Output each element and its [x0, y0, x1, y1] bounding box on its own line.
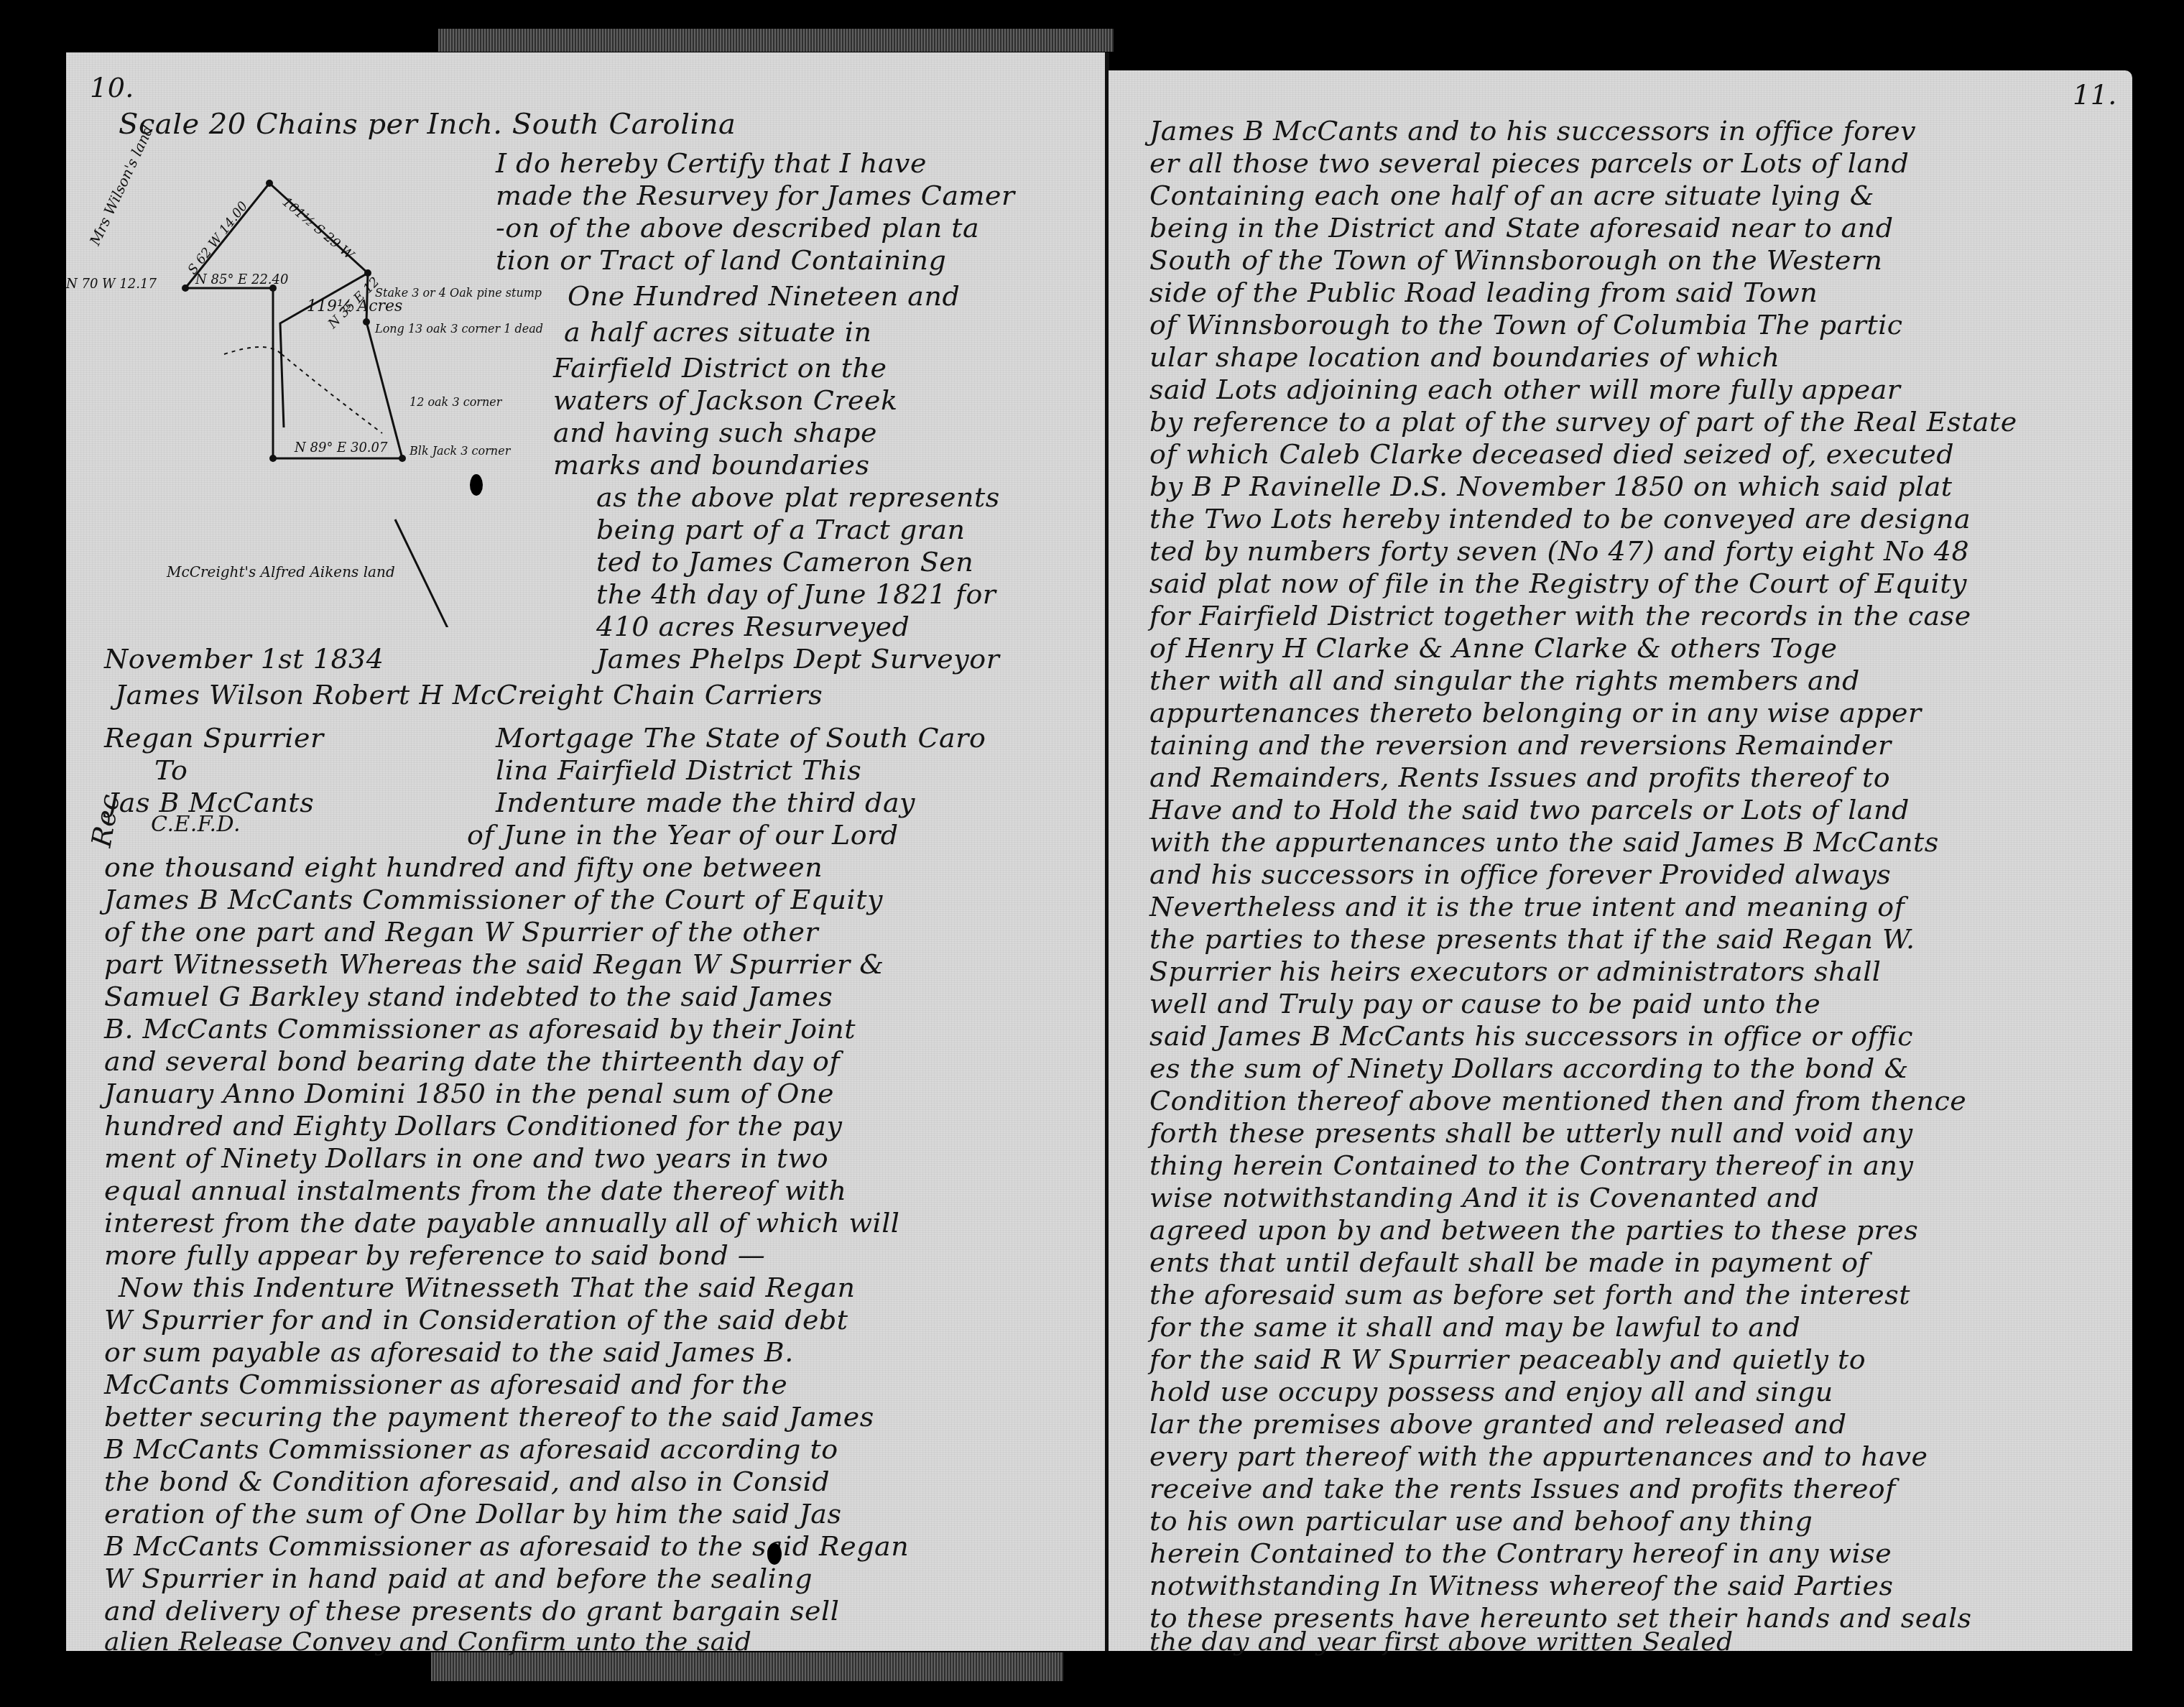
ink-blot — [767, 1543, 782, 1565]
mortgage-line: of the one part and Regan W Spurrier of … — [104, 916, 818, 948]
deed-line: of Winnsborough to the Town of Columbia … — [1149, 309, 1903, 341]
deed-line: agreed upon by and between the parties t… — [1149, 1214, 1918, 1246]
deed-line: Spurrier his heirs executors or administ… — [1149, 956, 1882, 987]
survey-date: November 1st 1834 — [104, 643, 384, 675]
deed-line: said Lots adjoining each other will more… — [1149, 374, 1901, 405]
mortgage-line: of June in the Year of our Lord — [467, 819, 899, 851]
deed-line: side of the Public Road leading from sai… — [1149, 277, 1818, 308]
mortgage-line: B McCants Commissioner as aforesaid acco… — [104, 1433, 838, 1465]
certificate-line: marks and boundaries — [553, 449, 869, 481]
mortgage-line: ment of Ninety Dollars in one and two ye… — [104, 1142, 828, 1174]
certificate-line: Fairfield District on the — [553, 352, 887, 384]
deed-line: appurtenances thereto belonging or in an… — [1149, 697, 1922, 728]
mortgage-line: alien Release Convey and Confirm unto th… — [104, 1627, 751, 1657]
mortgage-line: January Anno Domini 1850 in the penal su… — [104, 1078, 834, 1109]
deed-line: notwithstanding In Witness whereof the s… — [1149, 1570, 1894, 1601]
deed-line: lar the premises above granted and relea… — [1149, 1408, 1847, 1440]
deed-line: ents that until default shall be made in… — [1149, 1246, 1869, 1278]
mortgage-line: lina Fairfield District This — [496, 754, 861, 786]
certificate-line: 410 acres Resurveyed — [596, 611, 910, 642]
plat-corner-note-3: 12 oak 3 corner — [409, 395, 503, 409]
mortgage-line: or sum payable as aforesaid to the said … — [104, 1336, 794, 1368]
deed-line: and his successors in office forever Pro… — [1149, 859, 1891, 890]
certificate-line: One Hundred Nineteen and — [568, 280, 960, 312]
mortgage-line: W Spurrier in hand paid at and before th… — [104, 1563, 813, 1594]
chain-carriers: James Wilson Robert H McCreight Chain Ca… — [115, 679, 823, 711]
mortgage-to: To — [154, 754, 188, 786]
mortgage-line: Now this Indenture Witnesseth That the s… — [119, 1272, 855, 1303]
deed-line: the aforesaid sum as before set forth an… — [1149, 1279, 1910, 1310]
binding-edge-bottom — [431, 1652, 1063, 1681]
deed-line: for Fairfield District together with the… — [1149, 600, 1971, 632]
deed-line: by B P Ravinelle D.S. November 1850 on w… — [1149, 471, 1953, 502]
mortgage-line: one thousand eight hundred and fifty one… — [104, 851, 823, 883]
deed-line: with the appurtenances unto the said Jam… — [1149, 826, 1939, 858]
mortgagee-title: C.E.F.D. — [151, 812, 241, 837]
mortgage-line: and delivery of these presents do grant … — [104, 1595, 839, 1627]
deed-line: said plat now of file in the Registry of… — [1149, 568, 1967, 599]
mortgage-line: better securing the payment thereof to t… — [104, 1401, 874, 1433]
deed-line: hold use occupy possess and enjoy all an… — [1149, 1376, 1833, 1407]
certificate-line: tion or Tract of land Containing — [496, 244, 946, 276]
deed-line: ther with all and singular the rights me… — [1149, 665, 1860, 696]
plat-bearing-5: N 70 W 12.17 — [66, 277, 157, 292]
deed-line: herein Contained to the Contrary hereof … — [1149, 1537, 1892, 1569]
plat-bearing-4: S 62 W 14.00 — [185, 199, 251, 277]
mortgage-line: interest from the date payable annually … — [104, 1207, 900, 1239]
deed-line: the parties to these presents that if th… — [1149, 923, 1915, 955]
mortgagor-name: Regan Spurrier — [104, 722, 324, 754]
certificate-line: ted to James Cameron Sen — [596, 546, 973, 578]
deed-line: ted by numbers forty seven (No 47) and f… — [1149, 535, 1969, 567]
mortgage-line: eration of the sum of One Dollar by him … — [104, 1498, 841, 1530]
mortgage-line: Mortgage The State of South Caro — [496, 722, 986, 754]
deed-line: receive and take the rents Issues and pr… — [1149, 1473, 1896, 1504]
mortgage-line: W Spurrier for and in Consideration of t… — [104, 1304, 848, 1336]
certificate-line: waters of Jackson Creek — [553, 384, 898, 416]
certificate-line: the 4th day of June 1821 for — [596, 578, 996, 610]
deed-line: said James B McCants his successors in o… — [1149, 1020, 1913, 1052]
mortgage-line: and several bond bearing date the thirte… — [104, 1045, 840, 1077]
deed-line: er all those two several pieces parcels … — [1149, 147, 1909, 179]
plat-bearing-1: N 85° E 22.40 — [195, 272, 289, 287]
certificate-line: and having such shape — [553, 417, 877, 448]
plat-area: 119½ Acres — [307, 297, 402, 315]
deed-line: forth these presents shall be utterly nu… — [1149, 1117, 1913, 1149]
certificate-line: made the Resurvey for James Camer — [496, 180, 1015, 211]
mortgage-line: B. McCants Commissioner as aforesaid by … — [104, 1013, 856, 1045]
deed-line: es the sum of Ninety Dollars according t… — [1149, 1053, 1909, 1084]
deed-line: for the same it shall and may be lawful … — [1149, 1311, 1800, 1343]
binding-edge-top — [438, 29, 1114, 52]
deed-line: ular shape location and boundaries of wh… — [1149, 341, 1780, 373]
deed-line: South of the Town of Winnsborough on the… — [1149, 244, 1883, 276]
deed-line: wise notwithstanding And it is Covenante… — [1149, 1182, 1819, 1213]
deed-line: by reference to a plat of the survey of … — [1149, 406, 2017, 438]
certificate-line: I do hereby Certify that I have — [496, 147, 927, 179]
deed-line: the day and year first above written Sea… — [1149, 1627, 1733, 1657]
mortgage-line: Samuel G Barkley stand indebted to the s… — [104, 981, 833, 1012]
surveyor-signature: James Phelps Dept Surveyor — [596, 643, 999, 675]
mortgage-line: the bond & Condition aforesaid, and also… — [104, 1466, 830, 1497]
deed-line: Containing each one half of an acre situ… — [1149, 180, 1874, 211]
mortgage-line: James B McCants Commissioner of the Cour… — [104, 884, 883, 915]
deed-line: Condition thereof above mentioned then a… — [1149, 1085, 1966, 1116]
ink-blot — [470, 474, 483, 496]
deed-line: of Henry H Clarke & Anne Clarke & others… — [1149, 632, 1838, 664]
deed-line: James B McCants and to his successors in… — [1149, 115, 1916, 147]
certificate-line: -on of the above described plan ta — [496, 212, 979, 244]
deed-line: Have and to Hold the said two parcels or… — [1149, 794, 1910, 825]
deed-line: Nevertheless and it is the true intent a… — [1149, 891, 1905, 922]
plat-corner-note-4: Blk Jack 3 corner — [409, 444, 512, 458]
mortgage-line: B McCants Commissioner as aforesaid to t… — [104, 1530, 909, 1562]
right-page-number: 11. — [2073, 79, 2117, 111]
deed-line: well and Truly pay or cause to be paid u… — [1149, 988, 1820, 1019]
deed-line: every part thereof with the appurtenance… — [1149, 1440, 1928, 1472]
plat-bearing-3: N 89° E 30.07 — [294, 440, 388, 455]
certificate-line: a half acres situate in — [564, 316, 871, 348]
certificate-line: being part of a Tract gran — [596, 514, 966, 545]
deed-line: the Two Lots hereby intended to be conve… — [1149, 503, 1971, 535]
plat-bearing-6: 101½ S 29 W — [279, 195, 358, 264]
mortgage-line: more fully appear by reference to said b… — [104, 1239, 765, 1271]
mortgage-line: McCants Commissioner as aforesaid and fo… — [104, 1369, 787, 1400]
mortgage-line: part Witnesseth Whereas the said Regan W… — [104, 948, 884, 980]
plat-corner-note-2: Long 13 oak 3 corner 1 dead — [374, 322, 543, 336]
mortgage-line: hundred and Eighty Dollars Conditioned f… — [104, 1110, 842, 1142]
deed-line: and Remainders, Rents Issues and profits… — [1149, 762, 1890, 793]
survey-plat-diagram: N 85° E 22.40 N 35 E 12 N 89° E 30.07 S … — [66, 52, 569, 627]
plat-corner-note-1: Stake 3 or 4 Oak pine stump — [375, 286, 542, 300]
plat-adjoiner-2: McCreight's Alfred Aikens land — [166, 563, 395, 580]
certificate-line: as the above plat represents — [596, 481, 1000, 513]
deed-line: thing herein Contained to the Contrary t… — [1149, 1149, 1913, 1181]
deed-line: for the said R W Spurrier peaceably and … — [1149, 1343, 1866, 1375]
deed-line: of which Caleb Clarke deceased died seiz… — [1149, 438, 1954, 470]
deed-line: to his own particular use and behoof any… — [1149, 1505, 1813, 1537]
mortgage-line: Indenture made the third day — [496, 787, 915, 818]
deed-line: being in the District and State aforesai… — [1149, 212, 1894, 244]
plat-adjoiner-1: Mrs Wilson's land — [85, 123, 157, 249]
deed-line: taining and the reversion and reversions… — [1149, 729, 1892, 761]
mortgage-line: equal annual instalments from the date t… — [104, 1175, 846, 1206]
